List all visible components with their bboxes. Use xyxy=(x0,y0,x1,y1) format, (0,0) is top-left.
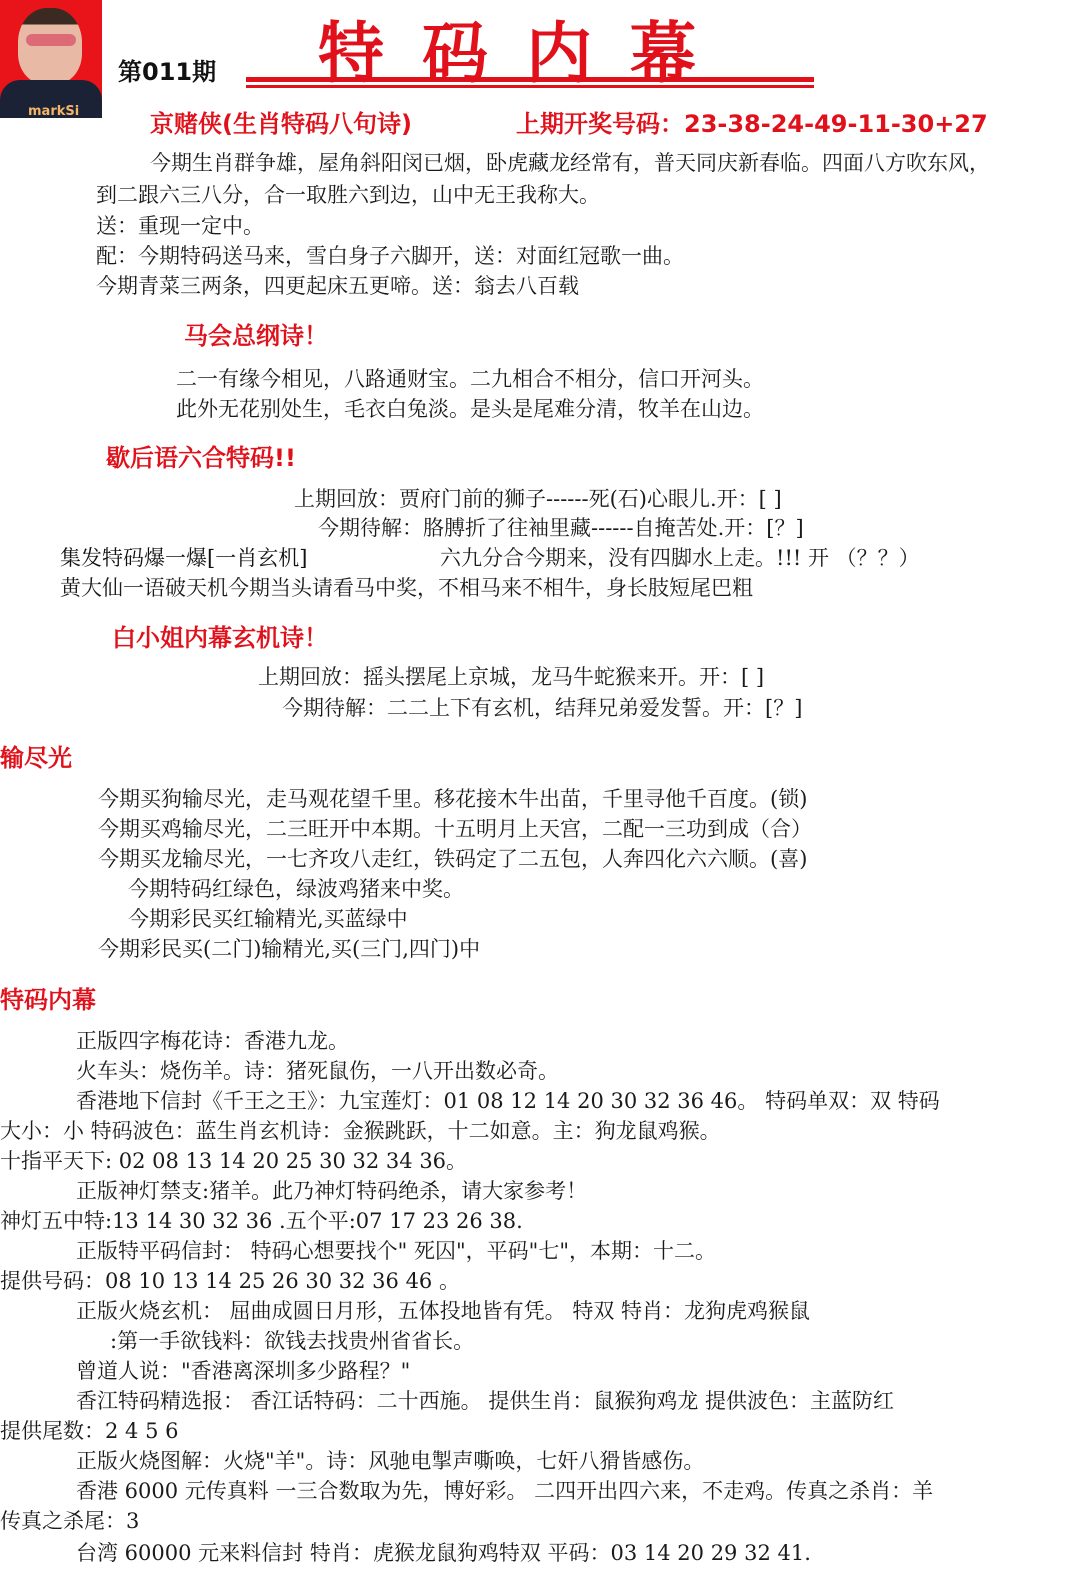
riddle-current: 今期待解：胳膊折了往袖里藏------自掩苦处.开：[？] xyxy=(318,513,804,543)
title-underline xyxy=(246,77,814,82)
tema-line: 台湾 60000 元来料信封 特肖：虎猴龙鼠狗鸡特双 平码：03 14 20 2… xyxy=(76,1538,811,1568)
section-heading-baixiaojie: 白小姐内幕玄机诗！ xyxy=(112,618,328,653)
tema-line: 正版神灯禁支:猪羊。此乃神灯特码绝杀，请大家参考！ xyxy=(76,1176,587,1206)
shujinguang-line: 今期彩民买(二门)输精光,买(三门,四门)中 xyxy=(98,934,480,964)
last-draw-label: 上期开奖号码： xyxy=(516,110,684,138)
huangdaxian-line: 黄大仙一语破天机今期当头请看马中奖，不相马来不相牛，身长肢短尾巴粗 xyxy=(60,573,753,603)
avatar-face xyxy=(18,8,82,84)
tema-line: 提供号码：08 10 13 14 25 26 30 32 36 46 。 xyxy=(0,1266,460,1296)
tema-line: 提供尾数：2 4 5 6 xyxy=(0,1416,178,1446)
section-heading-mahui: 马会总纲诗！ xyxy=(184,316,328,351)
issue-number: 第011期 xyxy=(118,52,216,87)
mahui-line: 二一有缘今相见，八路通财宝。二九相合不相分，信口开河头。 xyxy=(176,364,764,394)
tema-line: 正版火烧玄机： 屈曲成圆日月形，五体投地皆有凭。 特双 特肖：龙狗虎鸡猴鼠 xyxy=(76,1296,810,1326)
poem-line: 到二跟六三八分，合一取胜六到边，山中无王我称大。 xyxy=(96,180,600,210)
poem-line: 今期生肖群争雄，屋角斜阳闵已烟，卧虎藏龙经常有，普天同庆新春临。四面八方吹东风， xyxy=(150,148,990,178)
mahui-line: 此外无花别处生，毛衣白兔淡。是头是尾难分清，牧羊在山边。 xyxy=(176,394,764,424)
last-draw-numbers: 上期开奖号码：23-38-24-49-11-30+27 xyxy=(516,104,988,139)
riddle-last: 上期回放：贾府门前的狮子------死(石)心眼儿.开：[ ] xyxy=(294,484,782,514)
tema-line: 正版四字梅花诗：香港九龙。 xyxy=(76,1026,349,1056)
avatar: markSi xyxy=(0,0,102,118)
tema-line: 十指平天下: 02 08 13 14 20 25 30 32 34 36。 xyxy=(0,1146,467,1176)
tema-line: 大小：小 特码波色：蓝生肖玄机诗：金猴跳跃，十二如意。主：狗龙鼠鸡猴。 xyxy=(0,1116,721,1146)
shujinguang-line: 今期买狗输尽光，走马观花望千里。移花接木牛出苗，千里寻他千百度。(锁) xyxy=(98,784,807,814)
section-heading-temaneimu: 特码内幕 xyxy=(0,980,96,1015)
last-draw-value: 23-38-24-49-11-30+27 xyxy=(684,110,988,138)
tema-line: 传真之杀尾：3 xyxy=(0,1506,139,1536)
baixiaojie-last: 上期回放：摇头摆尾上京城，龙马牛蛇猴来开。开：[ ] xyxy=(258,662,764,692)
baixiaojie-current: 今期待解：二二上下有玄机，结拜兄弟爱发誓。开：[？] xyxy=(282,693,802,723)
tema-line: 火车头：烧伤羊。诗：猪死鼠伤，一八开出数必奇。 xyxy=(76,1056,559,1086)
section-subtitle: 京赌侠(生肖特码八句诗) xyxy=(150,104,412,139)
avatar-logo: markSi xyxy=(28,104,79,118)
shujinguang-line: 今期特码红绿色，绿波鸡猪来中奖。 xyxy=(128,874,464,904)
jifa-text: 六九分合今期来，没有四脚水上走。!!! 开 （？？） xyxy=(440,543,920,573)
tema-line: 神灯五中特:13 14 30 32 36 .五个平:07 17 23 26 38… xyxy=(0,1206,523,1236)
shujinguang-line: 今期买鸡输尽光，二三旺开中本期。十五明月上天宫，二配一三功到成（合） xyxy=(98,814,812,844)
poem-line: 送：重现一定中。 xyxy=(96,211,264,241)
title-underline-thin xyxy=(246,85,814,88)
poem-line: 今期青菜三两条，四更起床五更啼。送：翁去八百载 xyxy=(96,271,579,301)
section-heading-shujinguang: 输尽光 xyxy=(0,738,72,773)
tema-line: 正版特平码信封： 特码心想要找个" 死囚"，平码"七"，本期：十二。 xyxy=(76,1236,716,1266)
jifa-label: 集发特码爆一爆[一肖玄机] xyxy=(60,543,307,573)
tema-line: :第一手欲钱料：欲钱去找贵州省省长。 xyxy=(110,1326,474,1356)
tema-line: 香港 6000 元传真料 一三合数取为先，博好彩。 二四开出四六来，不走鸡。传真… xyxy=(76,1476,933,1506)
section-heading-xiehouyu: 歇后语六合特码!! xyxy=(106,438,296,473)
avatar-glasses xyxy=(26,34,76,46)
tema-line: 正版火烧图解：火烧"羊"。诗：风驰电掣声嘶唤，七奸八猾皆感伤。 xyxy=(76,1446,704,1476)
shujinguang-line: 今期买龙输尽光，一七齐攻八走红，铁码定了二五包，人奔四化六六顺。(喜) xyxy=(98,844,807,874)
tema-line: 香港地下信封《千王之王》：九宝莲灯：01 08 12 14 20 30 32 3… xyxy=(76,1086,940,1116)
poem-line: 配：今期特码送马来，雪白身子六脚开，送：对面红冠歌一曲。 xyxy=(96,241,684,271)
shujinguang-line: 今期彩民买红输精光,买蓝绿中 xyxy=(128,904,408,934)
tema-line: 曾道人说："香港离深圳多少路程？" xyxy=(76,1356,410,1386)
tema-line: 香江特码精选报： 香江话特码：二十西施。 提供生肖：鼠猴狗鸡龙 提供波色：主蓝防… xyxy=(76,1386,894,1416)
